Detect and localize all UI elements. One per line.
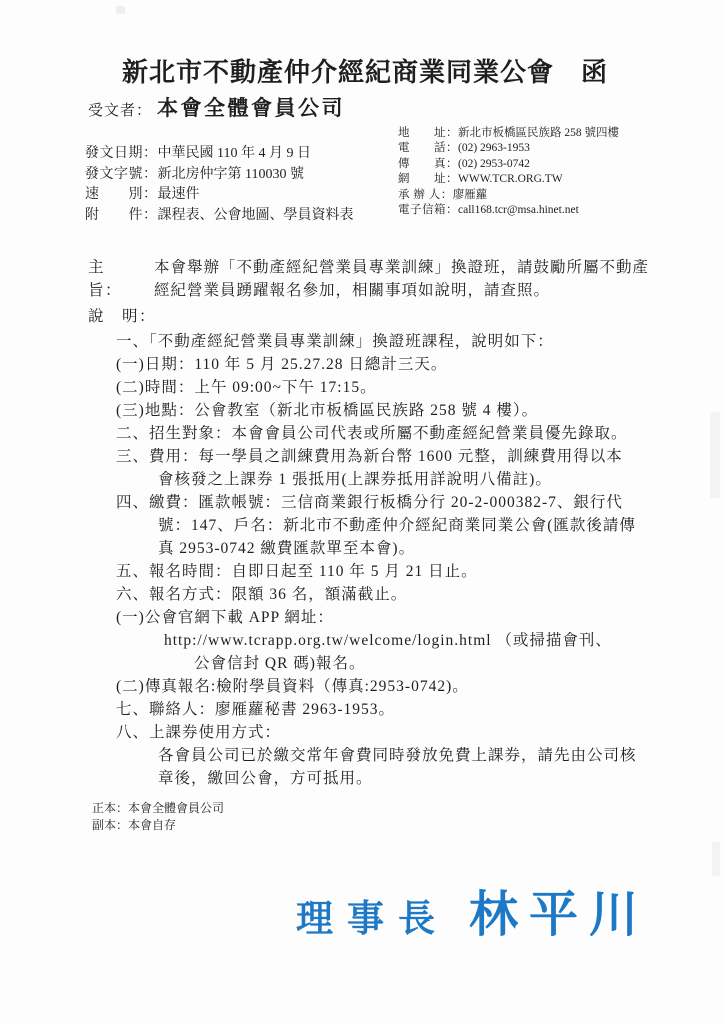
signature-name: 林平川 bbox=[469, 876, 649, 946]
meta-label: 傳 真： bbox=[398, 158, 458, 170]
body-line: 各會員公司已於繳交常年會費同時發放免費上課券，請先由公司核 bbox=[88, 744, 673, 767]
meta-value: 新北市板橋區民族路 258 號四樓 bbox=[458, 127, 619, 139]
meta-label: 附 件： bbox=[85, 208, 158, 223]
body-line: 八、上課券使用方式： bbox=[88, 721, 673, 744]
recipient-name: 本會全體會員公司 bbox=[157, 92, 345, 122]
meta-left-block: 發文日期：中華民國 110 年 4 月 9 日 發文字號：新北房仲字第 1100… bbox=[85, 144, 354, 226]
recipient-row: 受文者： 本會全體會員公司 bbox=[88, 92, 345, 122]
body-line: (三)地點：公會教室（新北市板橋區民族路 258 號 4 樓）。 bbox=[88, 399, 673, 422]
scan-artifact bbox=[712, 842, 720, 876]
meta-label: 速 別： bbox=[85, 187, 158, 202]
body-line: (二)時間：上午 09:00~下午 17:15。 bbox=[88, 376, 673, 399]
meta-value: 中華民國 110 年 4 月 9 日 bbox=[158, 146, 311, 161]
scan-artifact bbox=[116, 6, 125, 14]
meta-label: 承 辦 人： bbox=[398, 189, 453, 201]
meta-row-address: 地 址：新北市板橋區民族路 258 號四樓 bbox=[398, 126, 619, 141]
meta-row-website: 網 址：WWW.TCR.ORG.TW bbox=[398, 172, 619, 187]
meta-row-issue-date: 發文日期：中華民國 110 年 4 月 9 日 bbox=[85, 144, 354, 165]
meta-row-attachments: 附 件：課程表、公會地圖、學員資料表 bbox=[85, 206, 354, 227]
body-line: (一)公會官網下載 APP 網址： bbox=[88, 606, 673, 629]
body-line-url: http://www.tcrapp.org.tw/welcome/login.h… bbox=[88, 629, 673, 652]
body-line: 三、費用：每一學員之訓練費用為新台幣 1600 元整，訓練費用得以本 bbox=[88, 445, 673, 468]
copy-label: 正本： bbox=[92, 801, 128, 815]
meta-value: (02) 2963-1953 bbox=[458, 142, 530, 154]
body-line: 七、聯絡人：廖雁蘿秘書 2963-1953。 bbox=[88, 698, 673, 721]
explanation-lines: 一、「不動產經紀營業員專業訓練」換證班課程，說明如下： (一)日期：110 年 … bbox=[88, 330, 673, 790]
meta-value: 新北房仲字第 110030 號 bbox=[158, 167, 304, 182]
body-line: 號：147、戶名：新北市不動產仲介經紀商業同業公會(匯款後請傳 bbox=[88, 514, 673, 537]
explanation-label: 說 明： bbox=[88, 305, 673, 328]
body-line: 二、招生對象：本會會員公司代表或所屬不動產經紀營業員優先錄取。 bbox=[88, 422, 673, 445]
meta-value: 最速件 bbox=[158, 187, 200, 202]
meta-label: 網 址： bbox=[398, 173, 458, 185]
meta-value: WWW.TCR.ORG.TW bbox=[458, 173, 563, 185]
scan-artifact bbox=[710, 412, 720, 498]
body-line: 五、報名時間：自即日起至 110 年 5 月 21 日止。 bbox=[88, 560, 673, 583]
body-line: 會核發之上課券 1 張抵用(上課券抵用詳說明八備註)。 bbox=[88, 468, 673, 491]
body-line: 真 2953-0742 繳費匯款單至本會)。 bbox=[88, 537, 673, 560]
copy-value: 本會自存 bbox=[128, 818, 176, 832]
body-line: 一、「不動產經紀營業員專業訓練」換證班課程，說明如下： bbox=[88, 330, 673, 353]
body-line: 公會信封 QR 碼)報名。 bbox=[88, 652, 673, 675]
subject-row: 主 旨： 本會舉辦「不動產經紀營業員專業訓練」換證班，請鼓勵所屬不動產經紀營業員… bbox=[88, 256, 673, 302]
body-line: 四、繳費：匯款帳號：三信商業銀行板橋分行 20-2-000382-7、銀行代 bbox=[88, 491, 673, 514]
letter-body: 主 旨： 本會舉辦「不動產經紀營業員專業訓練」換證班，請鼓勵所屬不動產經紀營業員… bbox=[88, 256, 673, 790]
document-title: 新北市不動產仲介經紀商業同業公會 函 bbox=[122, 52, 608, 89]
meta-label: 發文日期： bbox=[85, 146, 158, 161]
meta-row-phone: 電 話：(02) 2963-1953 bbox=[398, 141, 619, 156]
signature-title: 理事長 bbox=[296, 888, 449, 942]
meta-label: 電子信箱： bbox=[398, 204, 458, 216]
subject-text: 本會舉辦「不動產經紀營業員專業訓練」換證班，請鼓勵所屬不動產經紀營業員踴躍報名參… bbox=[154, 256, 656, 302]
chairman-signature: 理事長 林平川 bbox=[296, 876, 649, 946]
meta-row-fax: 傳 真：(02) 2953-0742 bbox=[398, 157, 619, 172]
copy-value: 本會全體會員公司 bbox=[128, 801, 224, 815]
copy-label: 副本： bbox=[92, 818, 128, 832]
meta-row-speed: 速 別：最速件 bbox=[85, 185, 354, 206]
meta-row-doc-number: 發文字號：新北房仲字第 110030 號 bbox=[85, 165, 354, 186]
copies-block: 正本：本會全體會員公司 副本：本會自存 bbox=[92, 800, 224, 834]
meta-value: call168.tcr@msa.hinet.net bbox=[458, 204, 579, 216]
meta-right-block: 地 址：新北市板橋區民族路 258 號四樓 電 話：(02) 2963-1953… bbox=[398, 126, 619, 218]
meta-label: 發文字號： bbox=[85, 167, 158, 182]
copy-row-duplicate: 副本：本會自存 bbox=[92, 817, 224, 834]
body-line: (一)日期：110 年 5 月 25.27.28 日總計三天。 bbox=[88, 353, 673, 376]
meta-row-contact-person: 承 辦 人：廖雁蘿 bbox=[398, 188, 619, 203]
meta-label: 地 址： bbox=[398, 127, 458, 139]
body-line: 章後，繳回公會，方可抵用。 bbox=[88, 767, 673, 790]
subject-label: 主 旨： bbox=[88, 256, 154, 302]
meta-value: 廖雁蘿 bbox=[453, 189, 488, 201]
meta-value: (02) 2953-0742 bbox=[458, 158, 530, 170]
copy-row-original: 正本：本會全體會員公司 bbox=[92, 800, 224, 817]
body-line: 六、報名方式：限額 36 名，額滿截止。 bbox=[88, 583, 673, 606]
scanned-letter-page: 新北市不動產仲介經紀商業同業公會 函 受文者： 本會全體會員公司 發文日期：中華… bbox=[0, 0, 725, 1024]
body-line: (二)傳真報名:檢附學員資料（傳真:2953-0742)。 bbox=[88, 675, 673, 698]
meta-row-email: 電子信箱：call168.tcr@msa.hinet.net bbox=[398, 203, 619, 218]
meta-label: 電 話： bbox=[398, 142, 458, 154]
meta-value: 課程表、公會地圖、學員資料表 bbox=[158, 208, 354, 223]
recipient-label: 受文者： bbox=[88, 99, 152, 120]
